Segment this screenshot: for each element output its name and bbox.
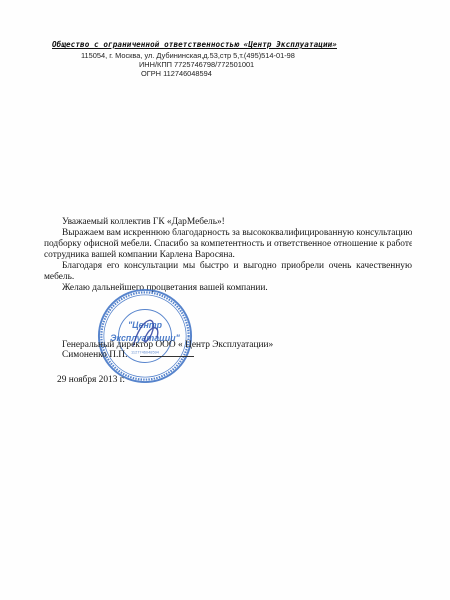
letter-greeting: Уважаемый коллектив ГК «ДарМебель»! — [62, 217, 225, 227]
svg-text:1127746048594: 1127746048594 — [131, 350, 160, 355]
company-name-header: Общество с ограниченной ответственностью… — [52, 40, 392, 49]
letter-date: 29 ноября 2013 г. — [57, 375, 125, 385]
company-stamp-icon: "Центр Эксплуатации" 1127746048594 — [96, 287, 194, 385]
signatory-position: Генеральный директор ООО « Центр Эксплуа… — [62, 340, 273, 350]
paragraph1-line1: Выражаем вам искреннюю благодарность за … — [62, 228, 412, 238]
company-ogrn: ОГРН 112746048594 — [141, 69, 212, 78]
paragraph1-line3: сотрудника вашей компании Карлена Варося… — [44, 250, 235, 260]
paragraph2-line2: мебель. — [44, 272, 74, 282]
signatory-name: Симоненко П.П. — [62, 350, 127, 360]
paragraph1-line2: подборку офисной мебели. Спасибо за комп… — [44, 239, 412, 249]
paragraph2-line1: Благодаря его консультации мы быстро и в… — [62, 261, 412, 271]
scanned-letter-page: Общество с ограниченной ответственностью… — [0, 0, 450, 600]
signature-line — [140, 356, 194, 357]
company-address: 115054, г. Москва, ул. Дубининская,д.53,… — [81, 51, 295, 60]
company-inn-kpp: ИНН/КПП 7725746798/772501001 — [139, 60, 254, 69]
